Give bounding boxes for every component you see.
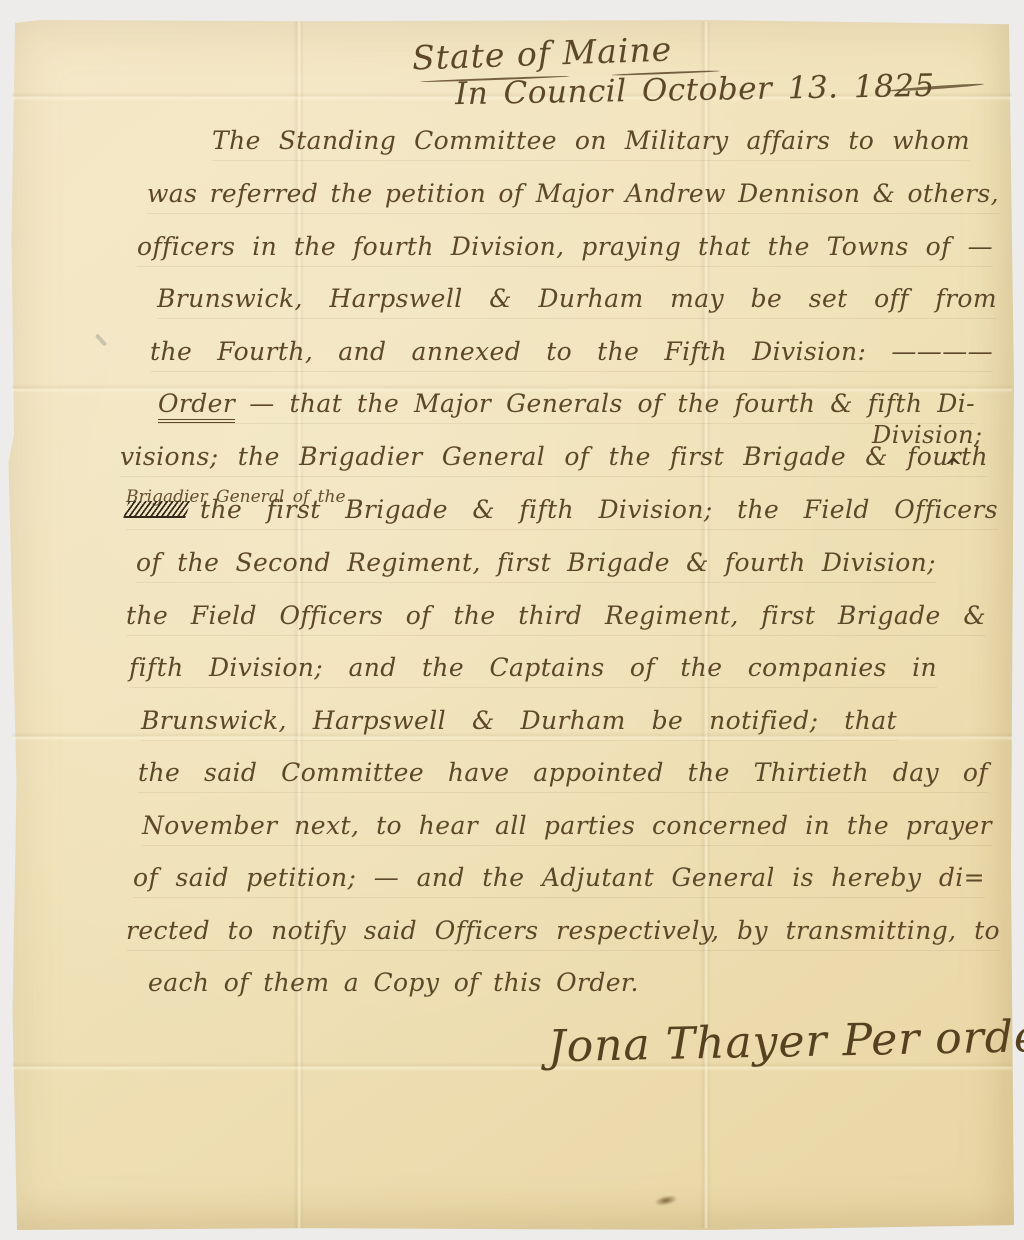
manuscript-line: The Standing Committee on Military affai…	[212, 127, 970, 161]
manuscript-line-order: Order— that the Major Generals of the fo…	[158, 390, 975, 424]
order-word-underlined: Order	[158, 389, 235, 423]
manuscript-line: rected to notify said Officers respectiv…	[126, 917, 1000, 951]
document-scan: State of Maine In Council October 13. 18…	[0, 0, 1024, 1240]
scribbled-out-word	[123, 501, 191, 518]
order-line-text: — that the Major Generals of the fourth …	[249, 389, 975, 418]
interline-insertion-division: Division;	[872, 421, 983, 449]
manuscript-line: of said petition; — and the Adjutant Gen…	[133, 864, 985, 898]
manuscript-line: fifth Division; and the Captains of the …	[129, 654, 937, 688]
manuscript-line: was referred the petition of Major Andre…	[147, 180, 999, 214]
manuscript-line-with-strikeout: the first Brigade & fifth Division; the …	[126, 496, 998, 530]
manuscript-line: officers in the fourth Division, praying…	[137, 233, 993, 267]
manuscript-line: Brunswick, Harpswell & Durham may be set…	[157, 285, 997, 319]
caret-insertion-mark: ^	[944, 455, 962, 480]
manuscript-line: visions; the Brigadier General of the fi…	[120, 443, 988, 477]
manuscript-line: November next, to hear all parties conce…	[142, 812, 992, 846]
manuscript-line: each of them a Copy of this Order.	[148, 969, 639, 1002]
manuscript-line: the Field Officers of the third Regiment…	[126, 602, 986, 636]
manuscript-line: the Fourth, and annexed to the Fifth Div…	[150, 338, 993, 372]
manuscript-line: the said Committee have appointed the Th…	[138, 759, 988, 793]
signature: Jona Thayer Per order	[548, 1011, 1024, 1073]
line-text: the first Brigade & fifth Division; the …	[200, 495, 998, 524]
manuscript-line: Brunswick, Harpswell & Durham be notifie…	[141, 707, 897, 741]
manuscript-line: of the Second Regiment, first Brigade & …	[136, 549, 936, 583]
scan-background: { "document": { "kind": "handwritten-cou…	[0, 0, 1024, 1240]
